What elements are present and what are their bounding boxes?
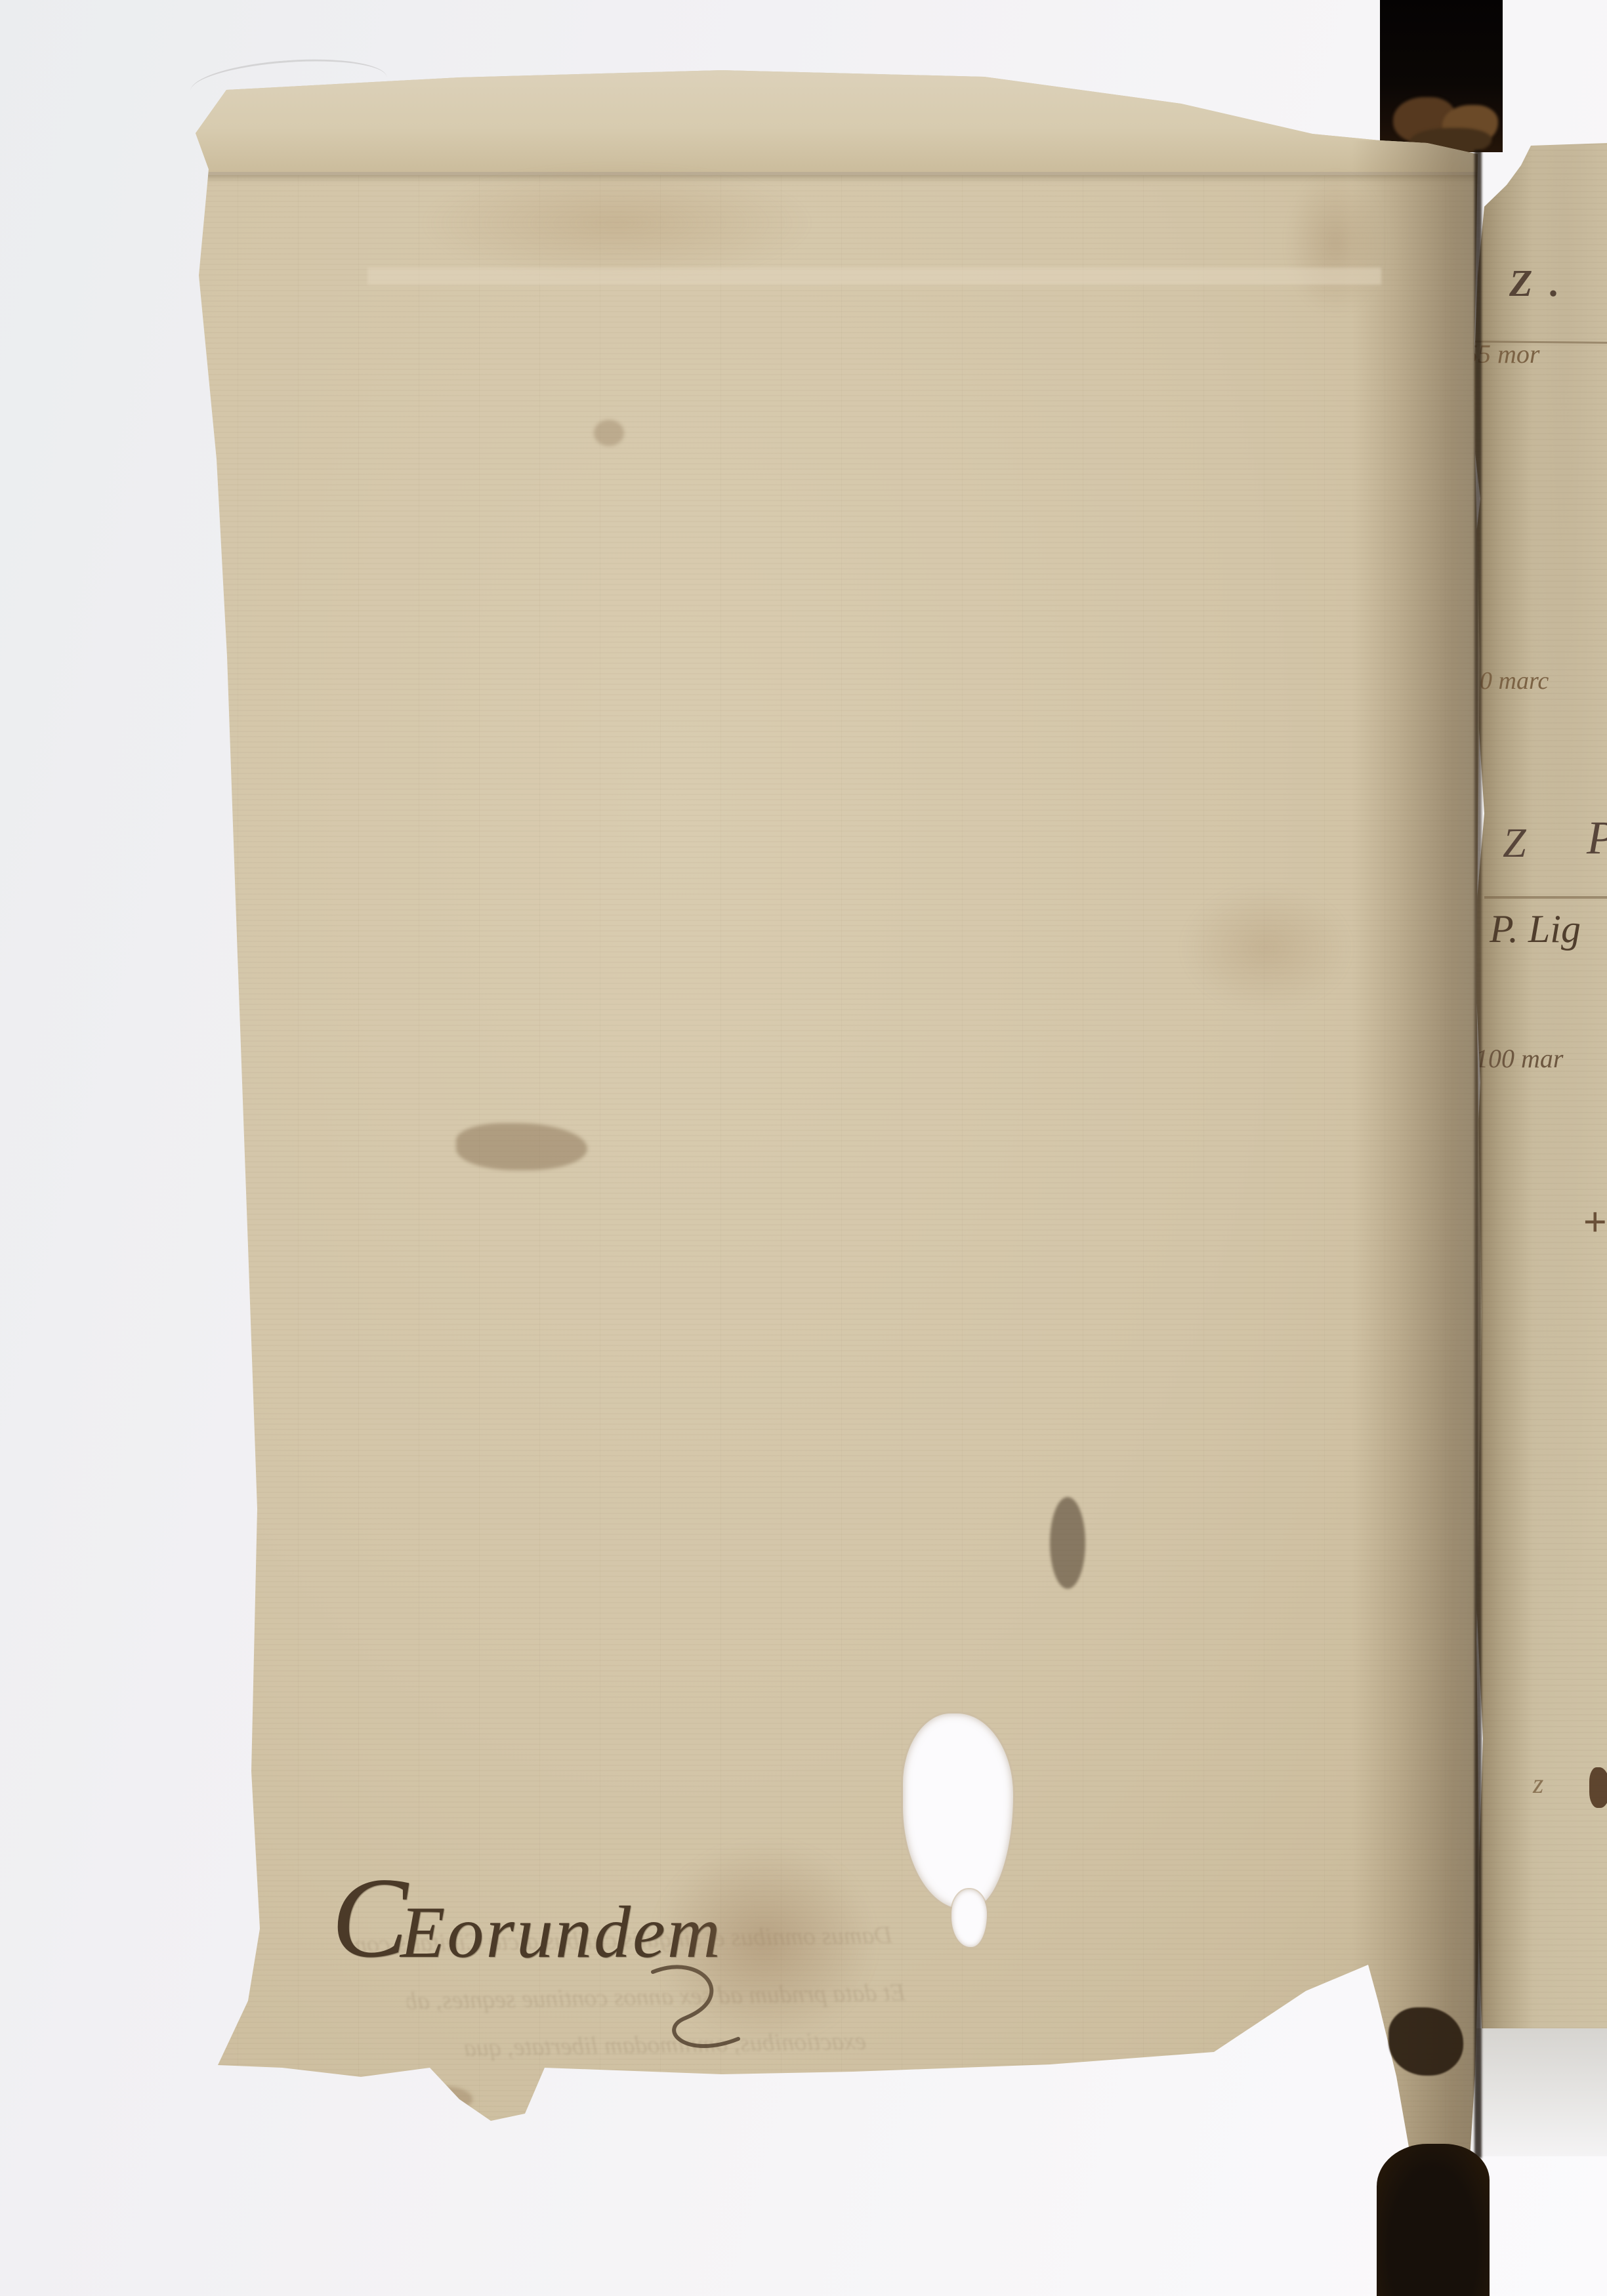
spine-gap-bottom bbox=[1377, 2144, 1490, 2296]
facing-annotation-z-mark: Z . bbox=[1509, 261, 1563, 305]
stain bbox=[594, 420, 624, 446]
facing-annotation-zp-p: P bbox=[1587, 811, 1607, 865]
facing-page-lower-band bbox=[1470, 2028, 1607, 2156]
facing-annotation-zp-z: Z bbox=[1503, 819, 1526, 867]
gutter-shadow bbox=[1352, 140, 1478, 2158]
facing-annotation-amount-100: 100 mar bbox=[1475, 1043, 1563, 1074]
manuscript-scan: Z . 55 mor 50 marc Z P P. Lig 100 mar + … bbox=[0, 0, 1607, 2296]
stain bbox=[420, 164, 814, 282]
stain bbox=[1181, 886, 1352, 1010]
spine-gap-top bbox=[1380, 0, 1503, 152]
binding-crease bbox=[1474, 150, 1482, 2158]
crease-wear-band bbox=[367, 268, 1381, 285]
facing-annotation-small-z: z bbox=[1533, 1769, 1543, 1800]
page-hole-tail bbox=[951, 1889, 987, 1947]
signature-paragraph-mark: C bbox=[331, 1860, 408, 1975]
facing-annotation-p-lig: P. Lig bbox=[1490, 907, 1581, 952]
facing-ink-blot bbox=[1589, 1767, 1607, 1808]
stain bbox=[656, 1843, 873, 2040]
facing-annotation-cross-mark: + bbox=[1583, 1198, 1606, 1246]
ink-drip-stain bbox=[1050, 1497, 1085, 1589]
stain bbox=[413, 2086, 472, 2112]
manuscript-page: Damus omnibus et singulis ciuibus dicta … bbox=[0, 0, 1607, 2296]
manuscript-text-block: risdictionibus Juribus, et potestatibus.… bbox=[394, 272, 1378, 1925]
gutter-gap-dark bbox=[1388, 2007, 1463, 2076]
facing-rule-line-2 bbox=[1484, 896, 1607, 899]
stain bbox=[1286, 171, 1385, 315]
